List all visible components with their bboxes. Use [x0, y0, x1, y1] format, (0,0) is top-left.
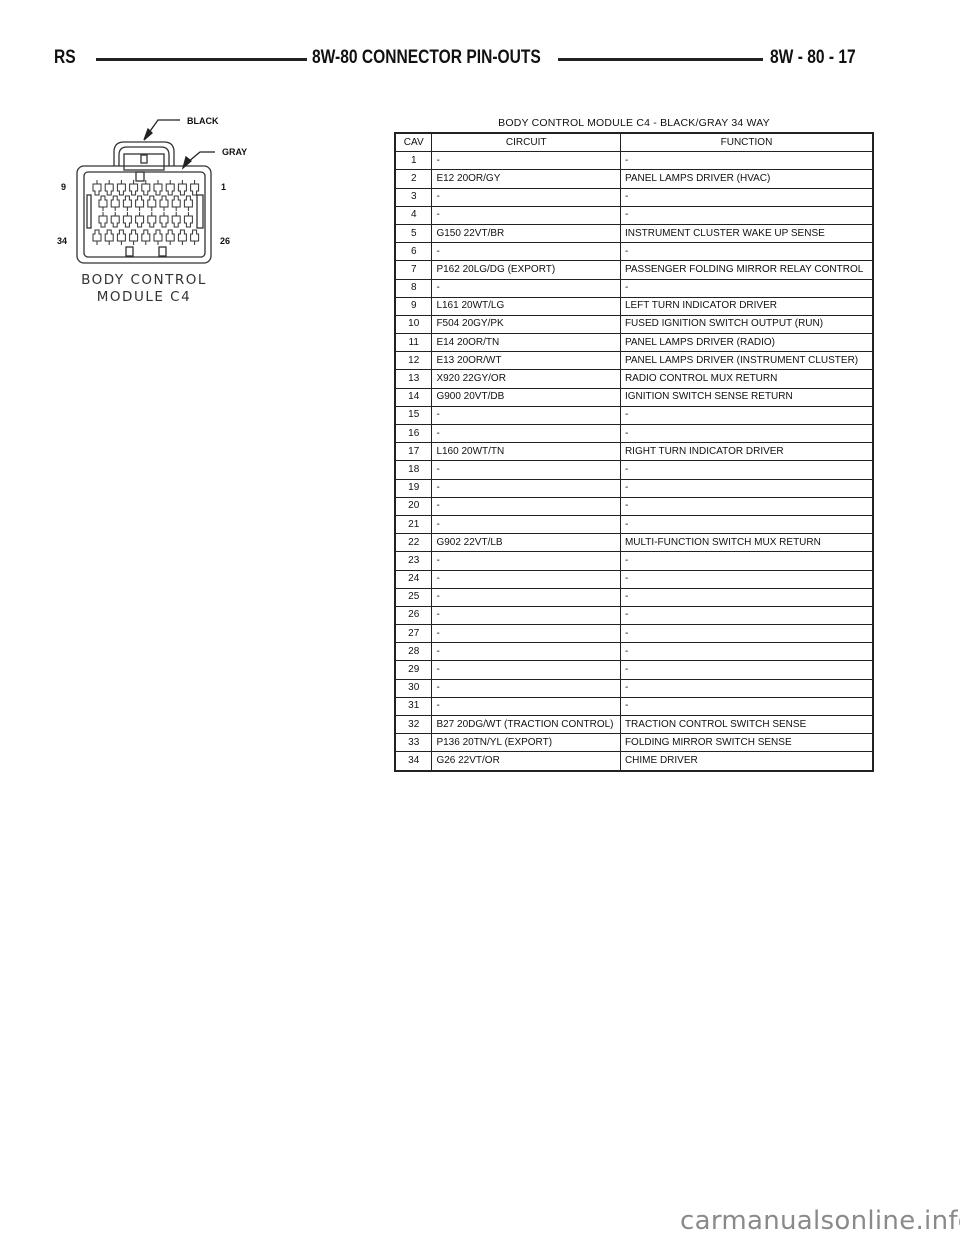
- cell-circuit: -: [432, 697, 621, 715]
- cell-circuit: E12 20OR/GY: [432, 170, 621, 188]
- cell-circuit: -: [432, 188, 621, 206]
- cell-cav: 7: [396, 261, 432, 279]
- cell-circuit: -: [432, 643, 621, 661]
- cell-cav: 11: [396, 334, 432, 352]
- cell-function: CHIME DRIVER: [620, 752, 872, 770]
- cell-function: -: [620, 588, 872, 606]
- cell-function: -: [620, 570, 872, 588]
- cell-circuit: G900 20VT/DB: [432, 388, 621, 406]
- label-pin-34: 34: [57, 236, 67, 246]
- cell-function: IGNITION SWITCH SENSE RETURN: [620, 388, 872, 406]
- cell-circuit: -: [432, 152, 621, 170]
- cell-circuit: -: [432, 479, 621, 497]
- cell-circuit: -: [432, 588, 621, 606]
- cell-function: LEFT TURN INDICATOR DRIVER: [620, 297, 872, 315]
- connector-diagram: BLACK GRAY 9 1 34 26 BODY CONTROL MODULE…: [40, 100, 280, 310]
- cell-cav: 29: [396, 661, 432, 679]
- cell-function: -: [620, 697, 872, 715]
- cell-cav: 1: [396, 152, 432, 170]
- cell-function: PASSENGER FOLDING MIRROR RELAY CONTROL: [620, 261, 872, 279]
- cell-cav: 13: [396, 370, 432, 388]
- cell-cav: 16: [396, 425, 432, 443]
- cell-function: -: [620, 515, 872, 533]
- cell-circuit: -: [432, 625, 621, 643]
- table-header-row: CAV CIRCUIT FUNCTION: [396, 134, 873, 152]
- page-number: 8W - 80 - 17: [770, 47, 856, 69]
- page-header: RS 8W-80 CONNECTOR PIN-OUTS 8W - 80 - 17: [30, 47, 930, 71]
- watermark: carmanualsonline.info: [680, 1206, 960, 1236]
- table-row: 17L160 20WT/TNRIGHT TURN INDICATOR DRIVE…: [396, 443, 873, 461]
- table-row: 6--: [396, 243, 873, 261]
- connector-illustration: BLACK GRAY 9 1 34 26 BODY CONTROL MODULE…: [40, 100, 280, 310]
- cell-cav: 5: [396, 224, 432, 242]
- table-row: 25--: [396, 588, 873, 606]
- cell-circuit: -: [432, 515, 621, 533]
- table-row: 18--: [396, 461, 873, 479]
- cell-function: INSTRUMENT CLUSTER WAKE UP SENSE: [620, 224, 872, 242]
- cell-cav: 28: [396, 643, 432, 661]
- column-header-function: FUNCTION: [620, 134, 872, 152]
- cell-function: RADIO CONTROL MUX RETURN: [620, 370, 872, 388]
- cell-cav: 14: [396, 388, 432, 406]
- cell-function: -: [620, 552, 872, 570]
- table-row: 12E13 20OR/WTPANEL LAMPS DRIVER (INSTRUM…: [396, 352, 873, 370]
- label-pin-26: 26: [220, 236, 230, 246]
- table-row: 9L161 20WT/LGLEFT TURN INDICATOR DRIVER: [396, 297, 873, 315]
- cell-circuit: L160 20WT/TN: [432, 443, 621, 461]
- cell-circuit: B27 20DG/WT (TRACTION CONTROL): [432, 716, 621, 734]
- table-row: 11E14 20OR/TNPANEL LAMPS DRIVER (RADIO): [396, 334, 873, 352]
- table-row: 4--: [396, 206, 873, 224]
- cell-circuit: F504 20GY/PK: [432, 315, 621, 333]
- cell-function: -: [620, 188, 872, 206]
- table-row: 29--: [396, 661, 873, 679]
- label-pin-1: 1: [221, 182, 226, 192]
- cell-function: PANEL LAMPS DRIVER (RADIO): [620, 334, 872, 352]
- table-row: 24--: [396, 570, 873, 588]
- cell-cav: 17: [396, 443, 432, 461]
- cell-function: RIGHT TURN INDICATOR DRIVER: [620, 443, 872, 461]
- cell-function: -: [620, 425, 872, 443]
- cell-cav: 12: [396, 352, 432, 370]
- cell-cav: 32: [396, 716, 432, 734]
- cell-circuit: -: [432, 425, 621, 443]
- table-row: 32B27 20DG/WT (TRACTION CONTROL)TRACTION…: [396, 716, 873, 734]
- cell-cav: 15: [396, 406, 432, 424]
- cell-function: -: [620, 479, 872, 497]
- cell-cav: 26: [396, 606, 432, 624]
- cell-cav: 3: [396, 188, 432, 206]
- cell-circuit: -: [432, 606, 621, 624]
- cell-function: -: [620, 461, 872, 479]
- cell-circuit: P136 20TN/YL (EXPORT): [432, 734, 621, 752]
- table-row: 14G900 20VT/DBIGNITION SWITCH SENSE RETU…: [396, 388, 873, 406]
- table-title: BODY CONTROL MODULE C4 - BLACK/GRAY 34 W…: [395, 117, 873, 129]
- header-rule-left: [96, 58, 307, 61]
- cell-function: -: [620, 679, 872, 697]
- cell-cav: 4: [396, 206, 432, 224]
- cell-cav: 27: [396, 625, 432, 643]
- table-row: 28--: [396, 643, 873, 661]
- cell-circuit: G26 22VT/OR: [432, 752, 621, 770]
- table-row: 8--: [396, 279, 873, 297]
- cell-function: PANEL LAMPS DRIVER (HVAC): [620, 170, 872, 188]
- pinout-table: CAV CIRCUIT FUNCTION 1--2E12 20OR/GYPANE…: [395, 133, 873, 771]
- table-row: 10F504 20GY/PKFUSED IGNITION SWITCH OUTP…: [396, 315, 873, 333]
- header-rule-right: [558, 58, 763, 61]
- section-title: 8W-80 CONNECTOR PIN-OUTS: [312, 47, 541, 69]
- cell-cav: 24: [396, 570, 432, 588]
- table-row: 15--: [396, 406, 873, 424]
- table-row: 31--: [396, 697, 873, 715]
- label-pin-9: 9: [61, 182, 66, 192]
- cell-circuit: -: [432, 461, 621, 479]
- cell-circuit: -: [432, 206, 621, 224]
- cell-function: -: [620, 206, 872, 224]
- diagram-caption-line2: MODULE C4: [97, 289, 191, 305]
- cell-function: -: [620, 625, 872, 643]
- cell-cav: 34: [396, 752, 432, 770]
- cell-function: -: [620, 279, 872, 297]
- table-row: 2E12 20OR/GYPANEL LAMPS DRIVER (HVAC): [396, 170, 873, 188]
- cell-function: -: [620, 152, 872, 170]
- cell-cav: 21: [396, 515, 432, 533]
- table-row: 23--: [396, 552, 873, 570]
- cell-cav: 6: [396, 243, 432, 261]
- cell-circuit: G150 22VT/BR: [432, 224, 621, 242]
- table-row: 22G902 22VT/LBMULTI-FUNCTION SWITCH MUX …: [396, 534, 873, 552]
- cell-circuit: E14 20OR/TN: [432, 334, 621, 352]
- cell-circuit: -: [432, 552, 621, 570]
- cell-function: -: [620, 661, 872, 679]
- cell-function: -: [620, 243, 872, 261]
- cell-function: FUSED IGNITION SWITCH OUTPUT (RUN): [620, 315, 872, 333]
- cell-circuit: -: [432, 243, 621, 261]
- cell-cav: 30: [396, 679, 432, 697]
- table-row: 30--: [396, 679, 873, 697]
- table-row: 27--: [396, 625, 873, 643]
- cell-cav: 25: [396, 588, 432, 606]
- cell-function: -: [620, 497, 872, 515]
- cell-cav: 20: [396, 497, 432, 515]
- table-row: 5G150 22VT/BRINSTRUMENT CLUSTER WAKE UP …: [396, 224, 873, 242]
- cell-function: -: [620, 406, 872, 424]
- cell-cav: 23: [396, 552, 432, 570]
- cell-circuit: -: [432, 661, 621, 679]
- cell-function: -: [620, 606, 872, 624]
- cell-circuit: E13 20OR/WT: [432, 352, 621, 370]
- cell-circuit: L161 20WT/LG: [432, 297, 621, 315]
- cell-cav: 10: [396, 315, 432, 333]
- cell-cav: 19: [396, 479, 432, 497]
- label-gray: GRAY: [222, 147, 247, 157]
- cell-cav: 2: [396, 170, 432, 188]
- cell-circuit: P162 20LG/DG (EXPORT): [432, 261, 621, 279]
- label-black: BLACK: [187, 116, 219, 126]
- cell-circuit: -: [432, 570, 621, 588]
- cell-circuit: X920 22GY/OR: [432, 370, 621, 388]
- diagram-caption-line1: BODY CONTROL: [81, 272, 207, 288]
- cell-function: -: [620, 643, 872, 661]
- table-row: 20--: [396, 497, 873, 515]
- cell-circuit: G902 22VT/LB: [432, 534, 621, 552]
- table-row: 1--: [396, 152, 873, 170]
- cell-circuit: -: [432, 406, 621, 424]
- cell-circuit: -: [432, 279, 621, 297]
- table-row: 21--: [396, 515, 873, 533]
- cell-function: TRACTION CONTROL SWITCH SENSE: [620, 716, 872, 734]
- table-row: 7P162 20LG/DG (EXPORT)PASSENGER FOLDING …: [396, 261, 873, 279]
- table-row: 3--: [396, 188, 873, 206]
- table-row: 19--: [396, 479, 873, 497]
- cell-cav: 31: [396, 697, 432, 715]
- table-row: 16--: [396, 425, 873, 443]
- table-row: 13X920 22GY/ORRADIO CONTROL MUX RETURN: [396, 370, 873, 388]
- table-row: 33P136 20TN/YL (EXPORT)FOLDING MIRROR SW…: [396, 734, 873, 752]
- cell-cav: 33: [396, 734, 432, 752]
- table-row: 26--: [396, 606, 873, 624]
- cell-cav: 18: [396, 461, 432, 479]
- cell-cav: 22: [396, 534, 432, 552]
- cell-function: MULTI-FUNCTION SWITCH MUX RETURN: [620, 534, 872, 552]
- cell-circuit: -: [432, 679, 621, 697]
- cell-function: PANEL LAMPS DRIVER (INSTRUMENT CLUSTER): [620, 352, 872, 370]
- section-code: RS: [54, 47, 76, 69]
- table-row: 34G26 22VT/ORCHIME DRIVER: [396, 752, 873, 770]
- column-header-cav: CAV: [396, 134, 432, 152]
- cell-circuit: -: [432, 497, 621, 515]
- column-header-circuit: CIRCUIT: [432, 134, 621, 152]
- cell-cav: 9: [396, 297, 432, 315]
- cell-function: FOLDING MIRROR SWITCH SENSE: [620, 734, 872, 752]
- cell-cav: 8: [396, 279, 432, 297]
